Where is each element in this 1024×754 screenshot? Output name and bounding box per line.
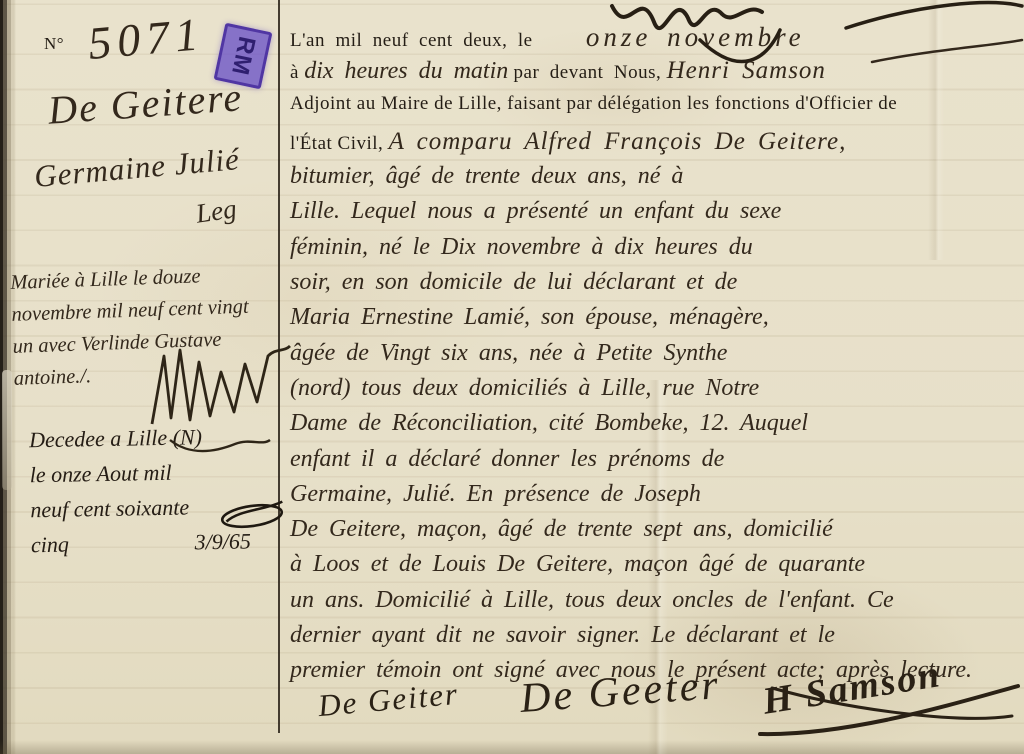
handwritten-text: Dame de Réconciliation, cité Bombeke, 12…	[290, 410, 808, 437]
body-line: enfant il a déclaré donner les prénoms d…	[290, 446, 1016, 481]
body-line: à dix heures du matin par devant Nous, H…	[290, 57, 1016, 92]
handwritten-text: dix heures du matin	[304, 58, 508, 85]
body-line: (nord) tous deux domiciliés à Lille, rue…	[290, 375, 1016, 410]
register-page: N° 5071 RM De Geitere Germaine Julié Leg…	[0, 0, 1024, 754]
handwritten-text: soir, en son domicile de lui déclarant e…	[290, 269, 737, 296]
handwritten-text: bitumier, âgé de trente deux ans, né à	[290, 163, 683, 190]
handwritten-text: De Geitere, maçon, âgé de trente sept an…	[290, 516, 833, 543]
printed-text: Adjoint au Maire de Lille, faisant par d…	[290, 93, 897, 115]
printed-text: à	[290, 62, 304, 84]
margin-legitimation-note: Leg	[194, 193, 238, 229]
body-line: dernier ayant dit ne savoir signer. Le d…	[290, 622, 1016, 657]
handwritten-text: âgée de Vingt six ans, née à Petite Synt…	[290, 340, 727, 367]
handwritten-text: à Loos et de Louis De Geitere, maçon âgé…	[290, 551, 865, 578]
body-line: Lille. Lequel nous a présenté un enfant …	[290, 198, 1016, 233]
handwritten-text: dernier ayant dit ne savoir signer. Le d…	[290, 622, 835, 649]
handwritten-text: A comparu Alfred François De Geitere,	[389, 128, 847, 156]
body-line: Dame de Réconciliation, cité Bombeke, 12…	[290, 410, 1016, 445]
act-number: 5071	[86, 7, 206, 70]
handwritten-text: Germaine, Julié. En présence de Joseph	[290, 481, 701, 508]
margin-marriage-note: Mariée à Lille le douze novembre mil neu…	[10, 257, 294, 395]
handwritten-text: Henri Samson	[667, 57, 826, 85]
body-line: L'an mil neuf cent deux, le onze novembr…	[290, 22, 1016, 57]
margin-death-note: Decedee a Lille (N) le onze Aout mil neu…	[29, 418, 291, 563]
body-line: bitumier, âgé de trente deux ans, né à	[290, 163, 1016, 198]
handwritten-text: un ans. Domicilié à Lille, tous deux onc…	[290, 587, 894, 614]
death-note-line: neuf cent soixante	[30, 488, 291, 528]
act-number-label: N°	[44, 34, 64, 54]
body-line: soir, en son domicile de lui déclarant e…	[290, 269, 1016, 304]
body-text: L'an mil neuf cent deux, le onze novembr…	[290, 22, 1016, 693]
body-line: Adjoint au Maire de Lille, faisant par d…	[290, 93, 1016, 128]
body-line: Maria Ernestine Lamié, son épouse, ménag…	[290, 304, 1016, 339]
death-note-line: le onze Aout mil	[29, 453, 290, 493]
margin-surname: De Geitere	[47, 73, 245, 133]
body-line: Germaine, Julié. En présence de Joseph	[290, 481, 1016, 516]
stamp-letters: RM	[225, 34, 261, 78]
body-line: l'État Civil, A comparu Alfred François …	[290, 128, 1016, 163]
death-note-line: Decedee a Lille (N)	[29, 418, 290, 458]
printed-text: L'an mil neuf cent deux, le	[290, 30, 538, 52]
death-note-line: cinq 3/9/65	[31, 523, 292, 563]
handwritten-text: Maria Ernestine Lamié, son épouse, ménag…	[290, 304, 769, 331]
death-note-date: 3/9/65	[194, 523, 251, 559]
body-line: à Loos et de Louis De Geitere, maçon âgé…	[290, 551, 1016, 586]
body-line: un ans. Domicilié à Lille, tous deux onc…	[290, 587, 1016, 622]
printed-text: par devant Nous,	[508, 62, 666, 84]
margin-given-names: Germaine Julié	[33, 141, 241, 195]
body-line: féminin, né le Dix novembre à dix heures…	[290, 234, 1016, 269]
printed-text: l'État Civil,	[290, 133, 389, 155]
handwritten-text: Lille. Lequel nous a présenté un enfant …	[290, 198, 781, 225]
handwritten-text: (nord) tous deux domiciliés à Lille, rue…	[290, 375, 759, 402]
page-bottom-edge	[0, 740, 1024, 754]
handwritten-text: féminin, né le Dix novembre à dix heures…	[290, 234, 753, 261]
handwritten-text: onze novembre	[586, 22, 805, 53]
body-line: âgée de Vingt six ans, née à Petite Synt…	[290, 340, 1016, 375]
body-line: De Geitere, maçon, âgé de trente sept an…	[290, 516, 1016, 551]
handwritten-text: enfant il a déclaré donner les prénoms d…	[290, 446, 724, 473]
